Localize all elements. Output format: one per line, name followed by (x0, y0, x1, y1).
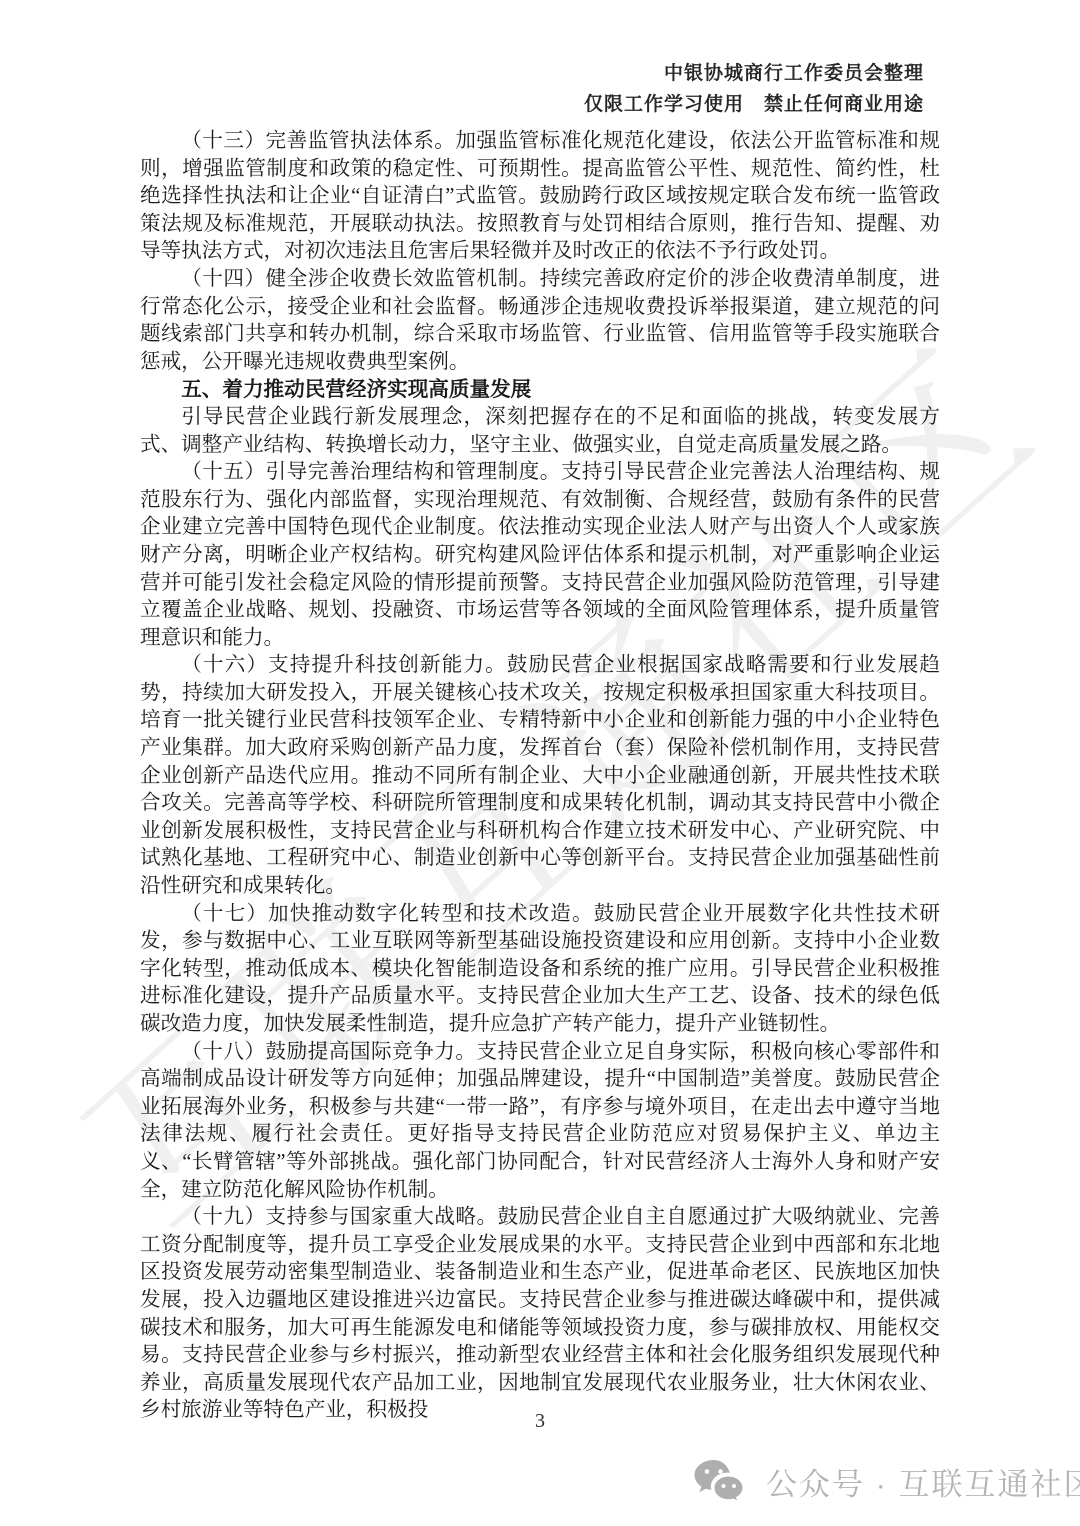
paragraph-18: （十八）鼓励提高国际竞争力。支持民营企业立足自身实际，积极向核心零部件和高端制成… (140, 1039, 940, 1205)
document-header: 中银协城商行工作委员会整理 仅限工作学习使用 禁止任何商业用途 (584, 58, 924, 120)
paragraph-19: （十九）支持参与国家重大战略。鼓励民营企业自主自愿通过扩大吸纳就业、完善工资分配… (140, 1204, 940, 1425)
footer-brand-text: 公众号 · 互联互通社区 (766, 1459, 1080, 1504)
section-heading-five: 五、着力推动民营经济实现高质量发展 (140, 376, 940, 404)
document-page: 中银协城商行工作委员会整理 仅限工作学习使用 禁止任何商业用途 互联互通社区 （… (0, 0, 1080, 1526)
page-number: 3 (0, 1410, 1080, 1433)
paragraph-14: （十四）健全涉企收费长效监管机制。持续完善政府定价的涉企收费清单制度，进行常态化… (140, 266, 940, 376)
paragraph-16: （十六）支持提升科技创新能力。鼓励民营企业根据国家战略需要和行业发展趋势，持续加… (140, 652, 940, 900)
document-body: （十三）完善监管执法体系。加强监管标准化规范化建设，依法公开监管标准和规则，增强… (140, 128, 940, 1425)
wechat-icon (692, 1458, 752, 1504)
footer-brand-bar: 公众号 · 互联互通社区 (692, 1458, 1080, 1504)
paragraph-13: （十三）完善监管执法体系。加强监管标准化规范化建设，依法公开监管标准和规则，增强… (140, 128, 940, 266)
section-five-intro: 引导民营企业践行新发展理念，深刻把握存在的不足和面临的挑战，转变发展方式、调整产… (140, 404, 940, 459)
paragraph-17: （十七）加快推动数字化转型和技术改造。鼓励民营企业开展数字化共性技术研发，参与数… (140, 901, 940, 1039)
header-line-2: 仅限工作学习使用 禁止任何商业用途 (584, 89, 924, 120)
header-line-1: 中银协城商行工作委员会整理 (584, 58, 924, 89)
paragraph-15: （十五）引导完善治理结构和管理制度。支持引导民营企业完善法人治理结构、规范股东行… (140, 459, 940, 652)
